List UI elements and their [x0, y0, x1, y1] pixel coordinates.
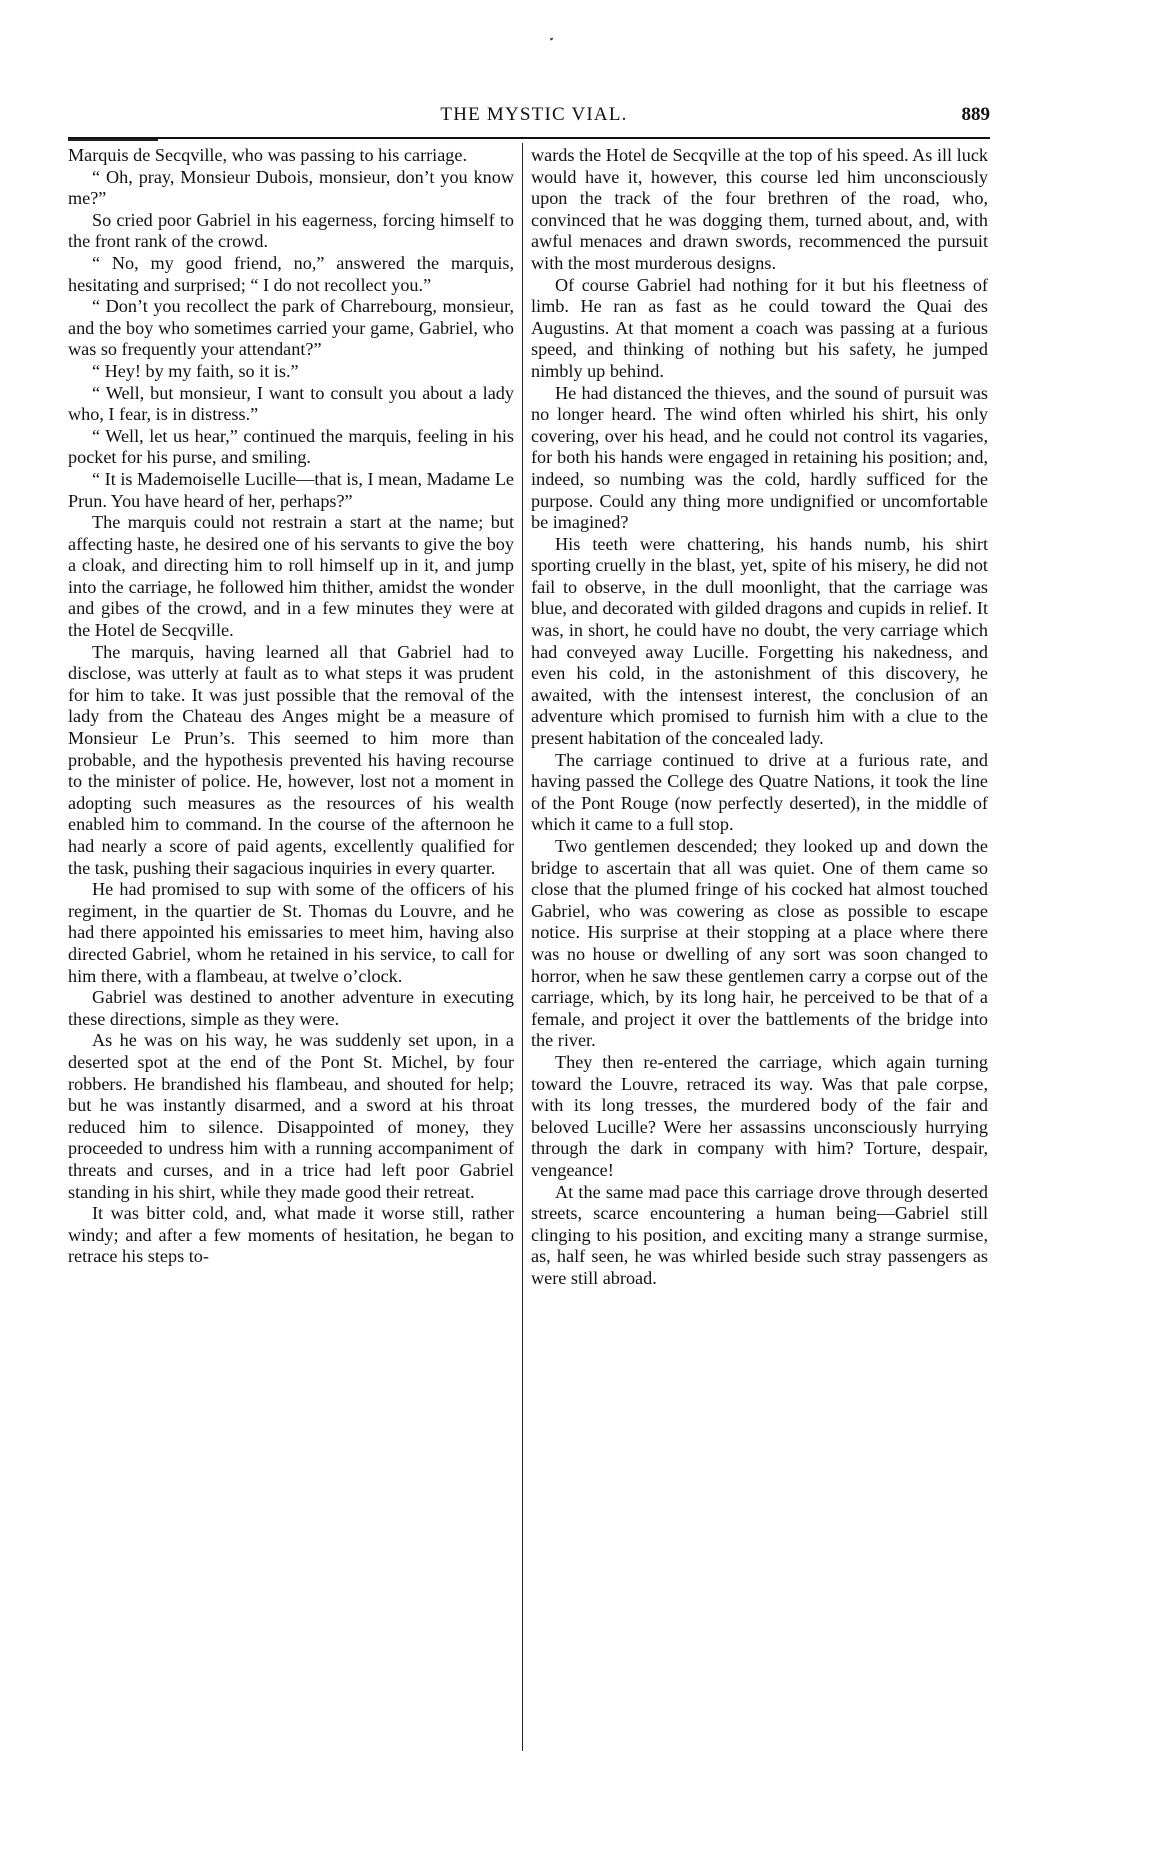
paragraph: The carriage continued to drive at a fur…: [531, 750, 988, 836]
left-column: Marquis de Secqville, who was passing to…: [68, 145, 514, 1268]
paragraph: “ No, my good friend, no,” answered the …: [68, 253, 514, 296]
paragraph: So cried poor Gabriel in his eagerness, …: [68, 210, 514, 253]
paragraph: “ Well, let us hear,” continued the marq…: [68, 426, 514, 469]
header-rule: [68, 137, 990, 139]
running-head: THE MYSTIC VIAL. 889: [68, 104, 990, 130]
paragraph: The marquis could not restrain a start a…: [68, 512, 514, 642]
scan-speck: [550, 37, 554, 40]
paragraph: Gabriel was destined to another adventur…: [68, 987, 514, 1030]
paragraph: He had promised to sup with some of the …: [68, 879, 514, 987]
paragraph: “ Hey! by my faith, so it is.”: [68, 361, 514, 383]
header-rule-accent: [68, 139, 158, 141]
paragraph: At the same mad pace this carriage drove…: [531, 1182, 988, 1290]
paragraph: As he was on his way, he was suddenly se…: [68, 1030, 514, 1203]
page-number: 889: [962, 104, 991, 126]
paragraph: Of course Gabriel had nothing for it but…: [531, 275, 988, 383]
paragraph: Two gentlemen descended; they looked up …: [531, 836, 988, 1052]
paragraph: They then re-entered the carriage, which…: [531, 1052, 988, 1182]
column-divider: [522, 143, 523, 1751]
paragraph: “ Don’t you recollect the park of Charre…: [68, 296, 514, 361]
paragraph: “ Well, but monsieur, I want to consult …: [68, 383, 514, 426]
paragraph: The marquis, having learned all that Gab…: [68, 642, 514, 880]
paragraph: His teeth were chattering, his hands num…: [531, 534, 988, 750]
paragraph: “ It is Mademoiselle Lucille—that is, I …: [68, 469, 514, 512]
paragraph: Marquis de Secqville, who was passing to…: [68, 145, 514, 167]
paragraph: wards the Hotel de Secqville at the top …: [531, 145, 988, 275]
paragraph: He had distanced the thieves, and the so…: [531, 383, 988, 534]
right-column: wards the Hotel de Secqville at the top …: [531, 145, 988, 1289]
paragraph: It was bitter cold, and, what made it wo…: [68, 1203, 514, 1268]
paragraph: “ Oh, pray, Monsieur Dubois, monsieur, d…: [68, 167, 514, 210]
running-title: THE MYSTIC VIAL.: [68, 104, 990, 126]
